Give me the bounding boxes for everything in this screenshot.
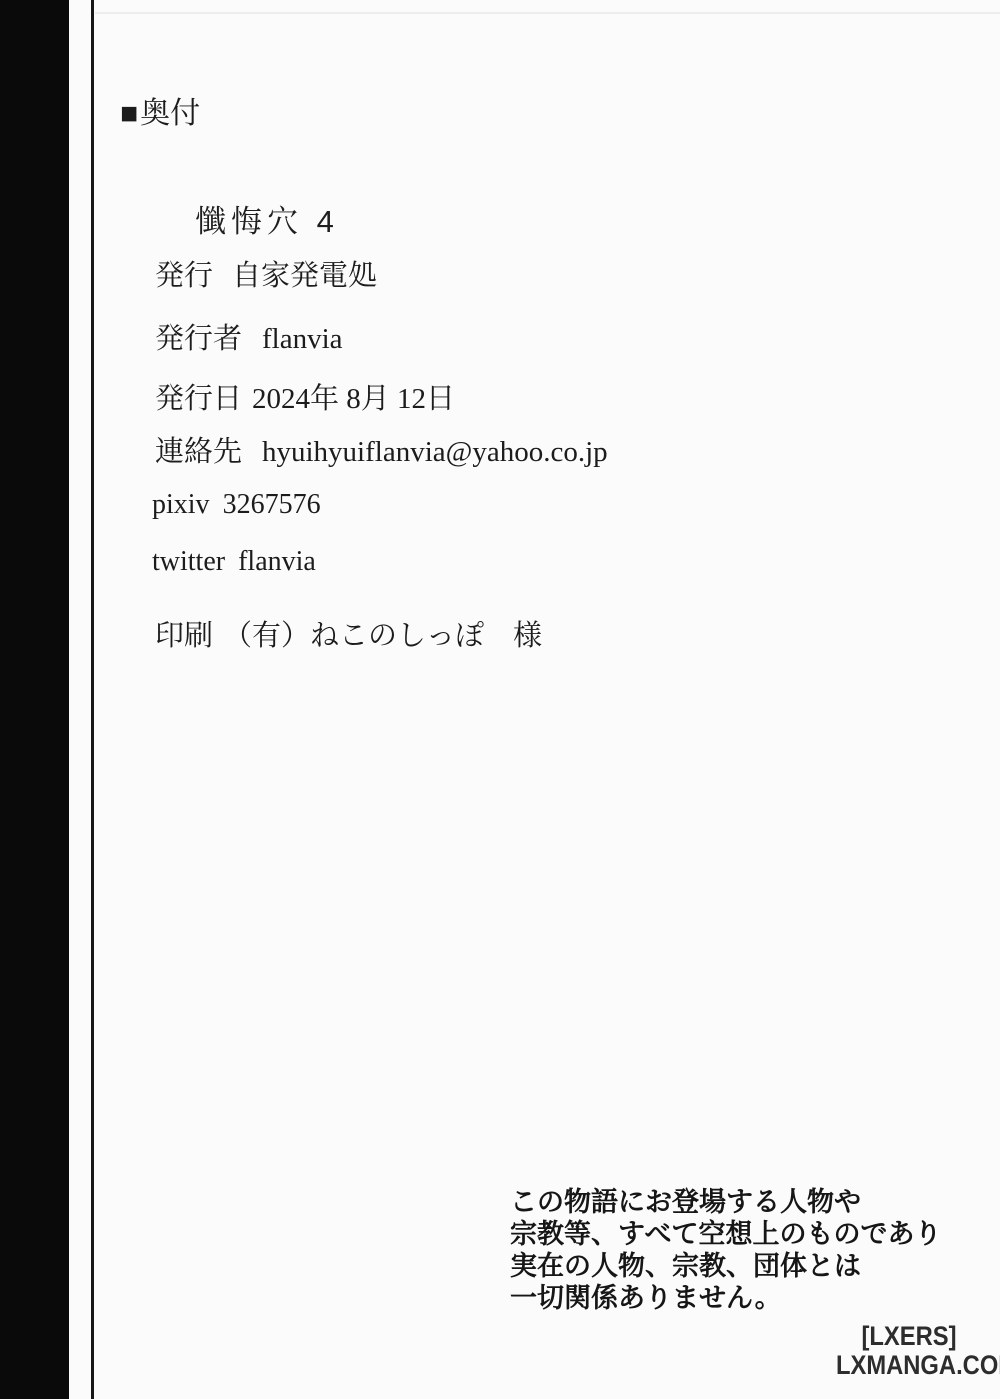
- colophon-label: 発行者: [155, 323, 262, 355]
- section-header: ■奥付: [120, 98, 200, 130]
- colophon-label: 発行日: [155, 383, 252, 415]
- colophon-row-printer: 印刷（有）ねこのしっぽ 様: [155, 620, 542, 652]
- watermark-domain: LXMANGA.COM: [836, 1351, 982, 1380]
- scan-streak-artifact: [95, 12, 1000, 14]
- colophon-value: flanvia: [262, 323, 343, 355]
- watermark-tag: [LXERS]: [836, 1322, 982, 1351]
- disclaimer-line: 実在の人物、宗教、団体とは: [510, 1250, 941, 1282]
- colophon-page: { "page": { "section_marker": "■", "sect…: [0, 0, 1000, 1399]
- pixiv-id: 3267576: [223, 489, 321, 520]
- colophon-row-date: 発行日2024年 8月 12日: [155, 383, 455, 415]
- colophon-label: pixiv: [152, 489, 210, 521]
- site-watermark: [LXERS] LXMANGA.COM: [826, 1322, 992, 1380]
- page-border-rule: [91, 0, 94, 1399]
- colophon-row-twitter: twitterflanvia: [152, 546, 316, 578]
- colophon-email: hyuihyuiflanvia@yahoo.co.jp: [262, 436, 608, 468]
- scan-edge-black: [0, 0, 69, 1399]
- colophon-value: 2024年 8月 12日: [252, 383, 455, 415]
- colophon-label: 連絡先: [155, 436, 262, 468]
- book-title: 懺悔穴 4: [195, 205, 339, 238]
- disclaimer-line: 一切関係ありません。: [510, 1282, 941, 1314]
- twitter-handle: flanvia: [238, 546, 316, 577]
- square-bullet-icon: ■: [120, 97, 140, 130]
- colophon-value: （有）ねこのしっぽ 様: [223, 620, 542, 652]
- section-title: 奥付: [140, 97, 200, 130]
- disclaimer-line: この物語にお登場する人物や: [510, 1186, 941, 1218]
- colophon-row-pixiv: pixiv3267576: [152, 489, 321, 521]
- disclaimer-line: 宗教等、すべて空想上のものであり: [510, 1218, 941, 1250]
- colophon-row-contact: 連絡先hyuihyuiflanvia@yahoo.co.jp: [155, 436, 608, 468]
- colophon-row-author: 発行者flanvia: [155, 323, 343, 355]
- disclaimer: この物語にお登場する人物や 宗教等、すべて空想上のものであり 実在の人物、宗教、…: [510, 1186, 941, 1314]
- colophon-label: 印刷: [155, 620, 223, 652]
- colophon-label: twitter: [152, 546, 225, 578]
- colophon-label: 発行: [155, 260, 232, 292]
- colophon-row-publisher: 発行自家発電処: [155, 260, 377, 292]
- colophon-value: 自家発電処: [232, 260, 377, 292]
